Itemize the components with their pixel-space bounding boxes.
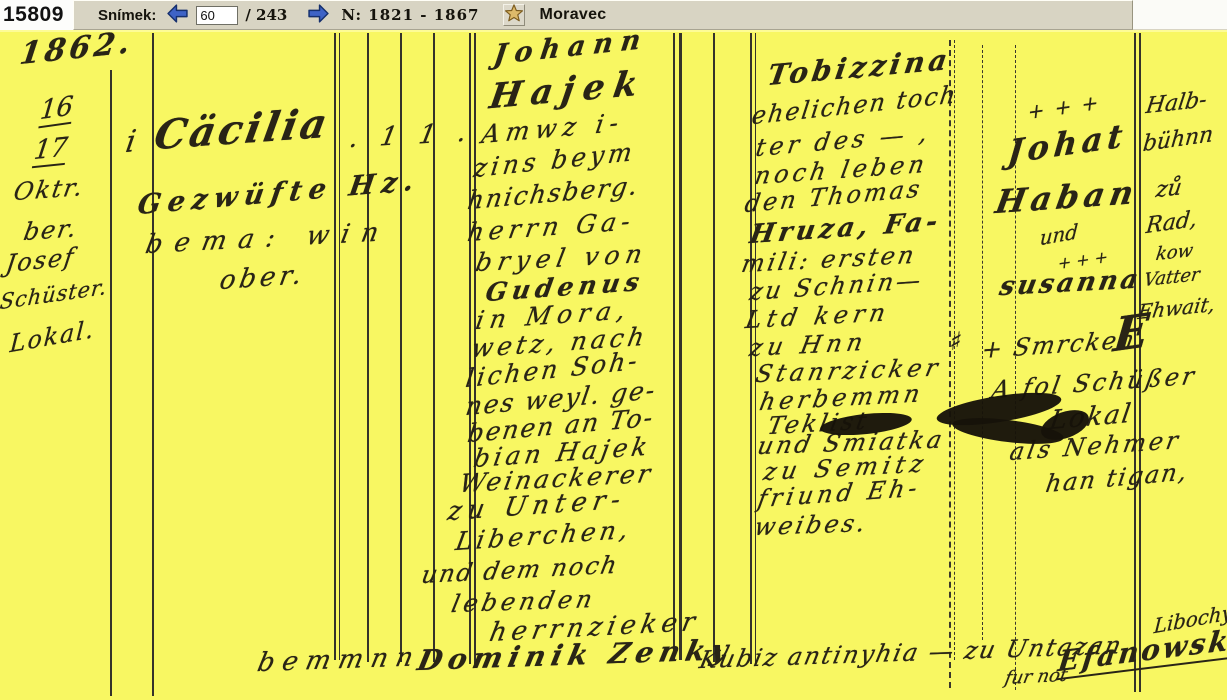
handwriting-line: herrn Ga- (466, 208, 637, 245)
handwriting-line: Dominik Zenky (415, 636, 736, 675)
handwriting-line: . 1 1 . (347, 119, 475, 152)
handwriting-line: zu Hnn (748, 330, 870, 360)
handwriting-line: Josef (4, 244, 77, 276)
handwriting-line: 16 (38, 93, 74, 128)
handwriting-line: Lokal. (9, 317, 96, 357)
next-frame-button[interactable] (307, 4, 329, 26)
handwriting-line: Halb- (1144, 89, 1208, 118)
toolbar-right-cap (1133, 0, 1227, 30)
handwriting-line: bemmnn (255, 644, 423, 676)
handwriting-line: Oktr. (12, 175, 86, 204)
handwriting-line: ober. (218, 262, 308, 294)
handwriting-line: + + + (1027, 92, 1101, 123)
column-rule (1139, 33, 1141, 692)
handwriting-line: ber. (22, 216, 80, 244)
handwriting-line: han tigan, (1044, 459, 1190, 496)
column-rule (152, 33, 154, 696)
frame-number-input[interactable] (196, 6, 238, 25)
record-id: 15809 (0, 0, 73, 30)
record-range: N: 1821 - 1867 (341, 6, 479, 24)
column-rule (339, 33, 340, 660)
column-rule (673, 33, 675, 660)
location-name: Moravec (539, 6, 606, 24)
toolbar: 15809 Snímek: / 243 N: 1821 - (0, 0, 1227, 30)
handwriting-line: bühnn (1142, 124, 1214, 156)
handwriting-line: susanna (997, 266, 1143, 300)
frame-total: / 243 (245, 6, 287, 24)
handwriting-line: lebenden (449, 587, 598, 616)
handwriting-line: 1862. (18, 30, 136, 70)
column-rule (713, 33, 715, 662)
handwriting-line: Rad, (1145, 209, 1198, 239)
frame-label: Snímek: (98, 7, 156, 24)
handwriting-line: kow (1155, 242, 1195, 264)
handwriting-line: Schüster. (0, 277, 108, 314)
toolbar-panel: Snímek: / 243 N: 1821 - 1867 (73, 0, 1133, 30)
star-icon (505, 4, 523, 26)
bookmark-button[interactable] (503, 4, 525, 26)
column-rule (1134, 33, 1136, 692)
handwriting-line: Vatter (1143, 266, 1201, 290)
arrow-right-icon (308, 4, 329, 27)
handwriting-line: und (1039, 221, 1078, 248)
handwriting-line: ♯ (948, 329, 963, 355)
column-rule (679, 33, 682, 660)
handwriting-line: und dem noch (420, 553, 621, 588)
column-rule (949, 40, 951, 688)
handwriting-line: Haban (993, 176, 1141, 218)
handwriting-line: fur not (1003, 667, 1069, 688)
handwriting-line: i (124, 127, 138, 158)
handwriting-line: E (1112, 307, 1152, 359)
handwriting-line: Gezwüfte Hz. (136, 167, 423, 219)
arrow-left-icon (167, 4, 188, 27)
prev-frame-button[interactable] (166, 4, 188, 26)
column-rule (334, 33, 336, 660)
handwriting-line: bema: win (143, 219, 392, 258)
handwriting-line: Johann (492, 30, 650, 69)
handwriting-line: Cäcilia (151, 104, 332, 157)
handwriting-line: Johat (1006, 119, 1129, 169)
handwriting-line: 17 (32, 134, 69, 168)
archive-viewer-window: 15809 Snímek: / 243 N: 1821 - (0, 0, 1227, 700)
handwriting-line: zů (1154, 177, 1183, 202)
handwriting-line: weibes. (752, 511, 870, 539)
column-rule (110, 70, 112, 696)
manuscript-scan[interactable]: 1862.1617Oktr.ber.JosefSchüster.Lokal.iC… (0, 30, 1227, 700)
